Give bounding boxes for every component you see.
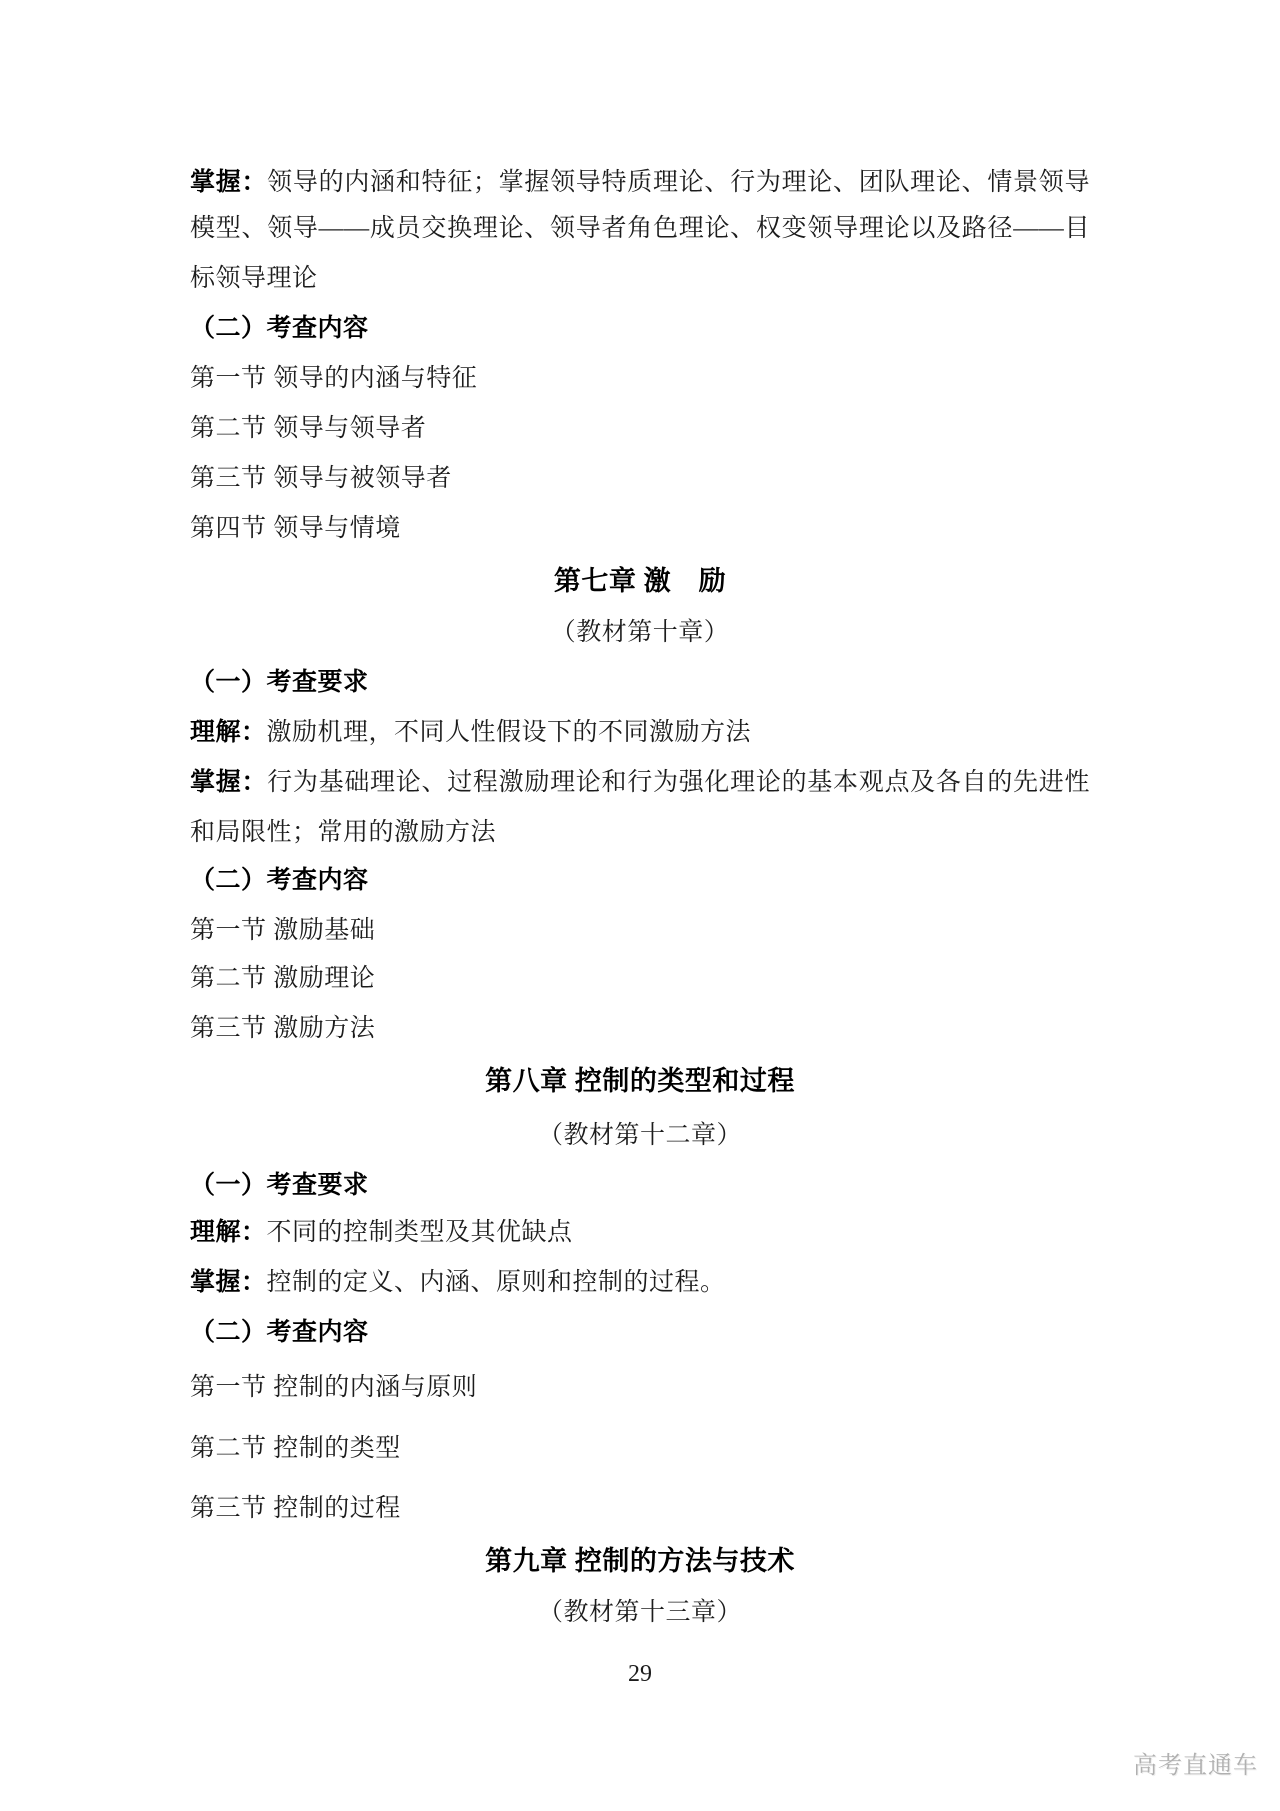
emphasis-text: （二）考查内容 — [190, 315, 369, 342]
chapter-heading: 第八章 控制的类型和过程 — [190, 1066, 1090, 1096]
emphasis-text: 理解： — [190, 719, 267, 746]
body-text: 第三节 激励方法 — [190, 1015, 375, 1042]
requirement-line: 理解：激励机理，不同人性假设下的不同激励方法 — [190, 718, 1090, 748]
section-item: 第四节 领导与情境 — [190, 514, 1090, 544]
body-text: 第二节 领导与领导者 — [190, 415, 426, 442]
requirement-line: 掌握：领导的内涵和特征；掌握领导特质理论、行为理论、团队理论、情景领导 — [190, 168, 1090, 198]
emphasis-text: 第八章 控制的类型和过程 — [485, 1066, 795, 1096]
subsection-heading: （二）考查内容 — [190, 1318, 1090, 1348]
body-text: 第四节 领导与情境 — [190, 515, 401, 542]
body-text: 激励机理，不同人性假设下的不同激励方法 — [267, 719, 752, 746]
body-text: 标领导理论 — [190, 265, 318, 292]
body-text: 和局限性；常用的激励方法 — [190, 819, 496, 846]
document-page: 掌握：领导的内涵和特征；掌握领导特质理论、行为理论、团队理论、情景领导模型、领导… — [0, 0, 1280, 1811]
body-text: 不同的控制类型及其优缺点 — [267, 1219, 573, 1246]
section-item: 第二节 激励理论 — [190, 964, 1090, 994]
body-text: 领导的内涵和特征；掌握领导特质理论、行为理论、团队理论、情景领导 — [267, 169, 1090, 196]
requirement-line: 模型、领导——成员交换理论、领导者角色理论、权变领导理论以及路径——目 — [190, 214, 1090, 244]
chapter-heading: 第九章 控制的方法与技术 — [190, 1546, 1090, 1576]
emphasis-text: 第七章 激 励 — [554, 566, 726, 596]
body-text: （教材第十三章） — [538, 1599, 742, 1626]
section-item: 第一节 领导的内涵与特征 — [190, 364, 1090, 394]
requirement-line: 标领导理论 — [190, 264, 1090, 294]
subsection-heading: （二）考查内容 — [190, 866, 1090, 896]
emphasis-text: 掌握： — [190, 169, 267, 196]
section-item: 第一节 控制的内涵与原则 — [190, 1373, 1090, 1403]
section-item: 第三节 控制的过程 — [190, 1494, 1090, 1524]
chapter-source: （教材第十二章） — [190, 1121, 1090, 1151]
requirement-line: 理解：不同的控制类型及其优缺点 — [190, 1218, 1090, 1248]
emphasis-text: 掌握： — [190, 1269, 267, 1296]
body-text: 第二节 控制的类型 — [190, 1435, 401, 1462]
section-item: 第三节 领导与被领导者 — [190, 464, 1090, 494]
body-text: （教材第十二章） — [538, 1122, 742, 1149]
requirement-line: 和局限性；常用的激励方法 — [190, 818, 1090, 848]
body-text: 控制的定义、内涵、原则和控制的过程。 — [267, 1269, 726, 1296]
body-text: 第二节 激励理论 — [190, 965, 375, 992]
subsection-heading: （二）考查内容 — [190, 314, 1090, 344]
section-item: 第二节 控制的类型 — [190, 1434, 1090, 1464]
body-text: 第三节 控制的过程 — [190, 1495, 401, 1522]
body-text: 行为基础理论、过程激励理论和行为强化理论的基本观点及各自的先进性 — [267, 769, 1090, 796]
chapter-source: （教材第十三章） — [190, 1598, 1090, 1628]
body-text: 第一节 领导的内涵与特征 — [190, 365, 477, 392]
emphasis-text: （一）考查要求 — [190, 1172, 369, 1199]
emphasis-text: （二）考查内容 — [190, 867, 369, 894]
emphasis-text: 第九章 控制的方法与技术 — [485, 1546, 795, 1576]
section-item: 第一节 激励基础 — [190, 916, 1090, 946]
watermark-text: 高考直通车 — [1133, 1752, 1258, 1780]
subsection-heading: （一）考查要求 — [190, 1171, 1090, 1201]
body-text: 模型、领导——成员交换理论、领导者角色理论、权变领导理论以及路径——目 — [190, 215, 1090, 242]
emphasis-text: （一）考查要求 — [190, 669, 369, 696]
chapter-source: （教材第十章） — [190, 618, 1090, 648]
chapter-heading: 第七章 激 励 — [190, 566, 1090, 596]
section-item: 第二节 领导与领导者 — [190, 414, 1090, 444]
emphasis-text: 理解： — [190, 1219, 267, 1246]
requirement-line: 掌握：行为基础理论、过程激励理论和行为强化理论的基本观点及各自的先进性 — [190, 768, 1090, 798]
page-number: 29 — [0, 1660, 1280, 1688]
emphasis-text: 掌握： — [190, 769, 267, 796]
body-text: 第三节 领导与被领导者 — [190, 465, 452, 492]
body-text: 第一节 控制的内涵与原则 — [190, 1374, 477, 1401]
body-text: 第一节 激励基础 — [190, 917, 375, 944]
subsection-heading: （一）考查要求 — [190, 668, 1090, 698]
body-text: （教材第十章） — [551, 619, 730, 646]
emphasis-text: （二）考查内容 — [190, 1319, 369, 1346]
section-item: 第三节 激励方法 — [190, 1014, 1090, 1044]
requirement-line: 掌握：控制的定义、内涵、原则和控制的过程。 — [190, 1268, 1090, 1298]
